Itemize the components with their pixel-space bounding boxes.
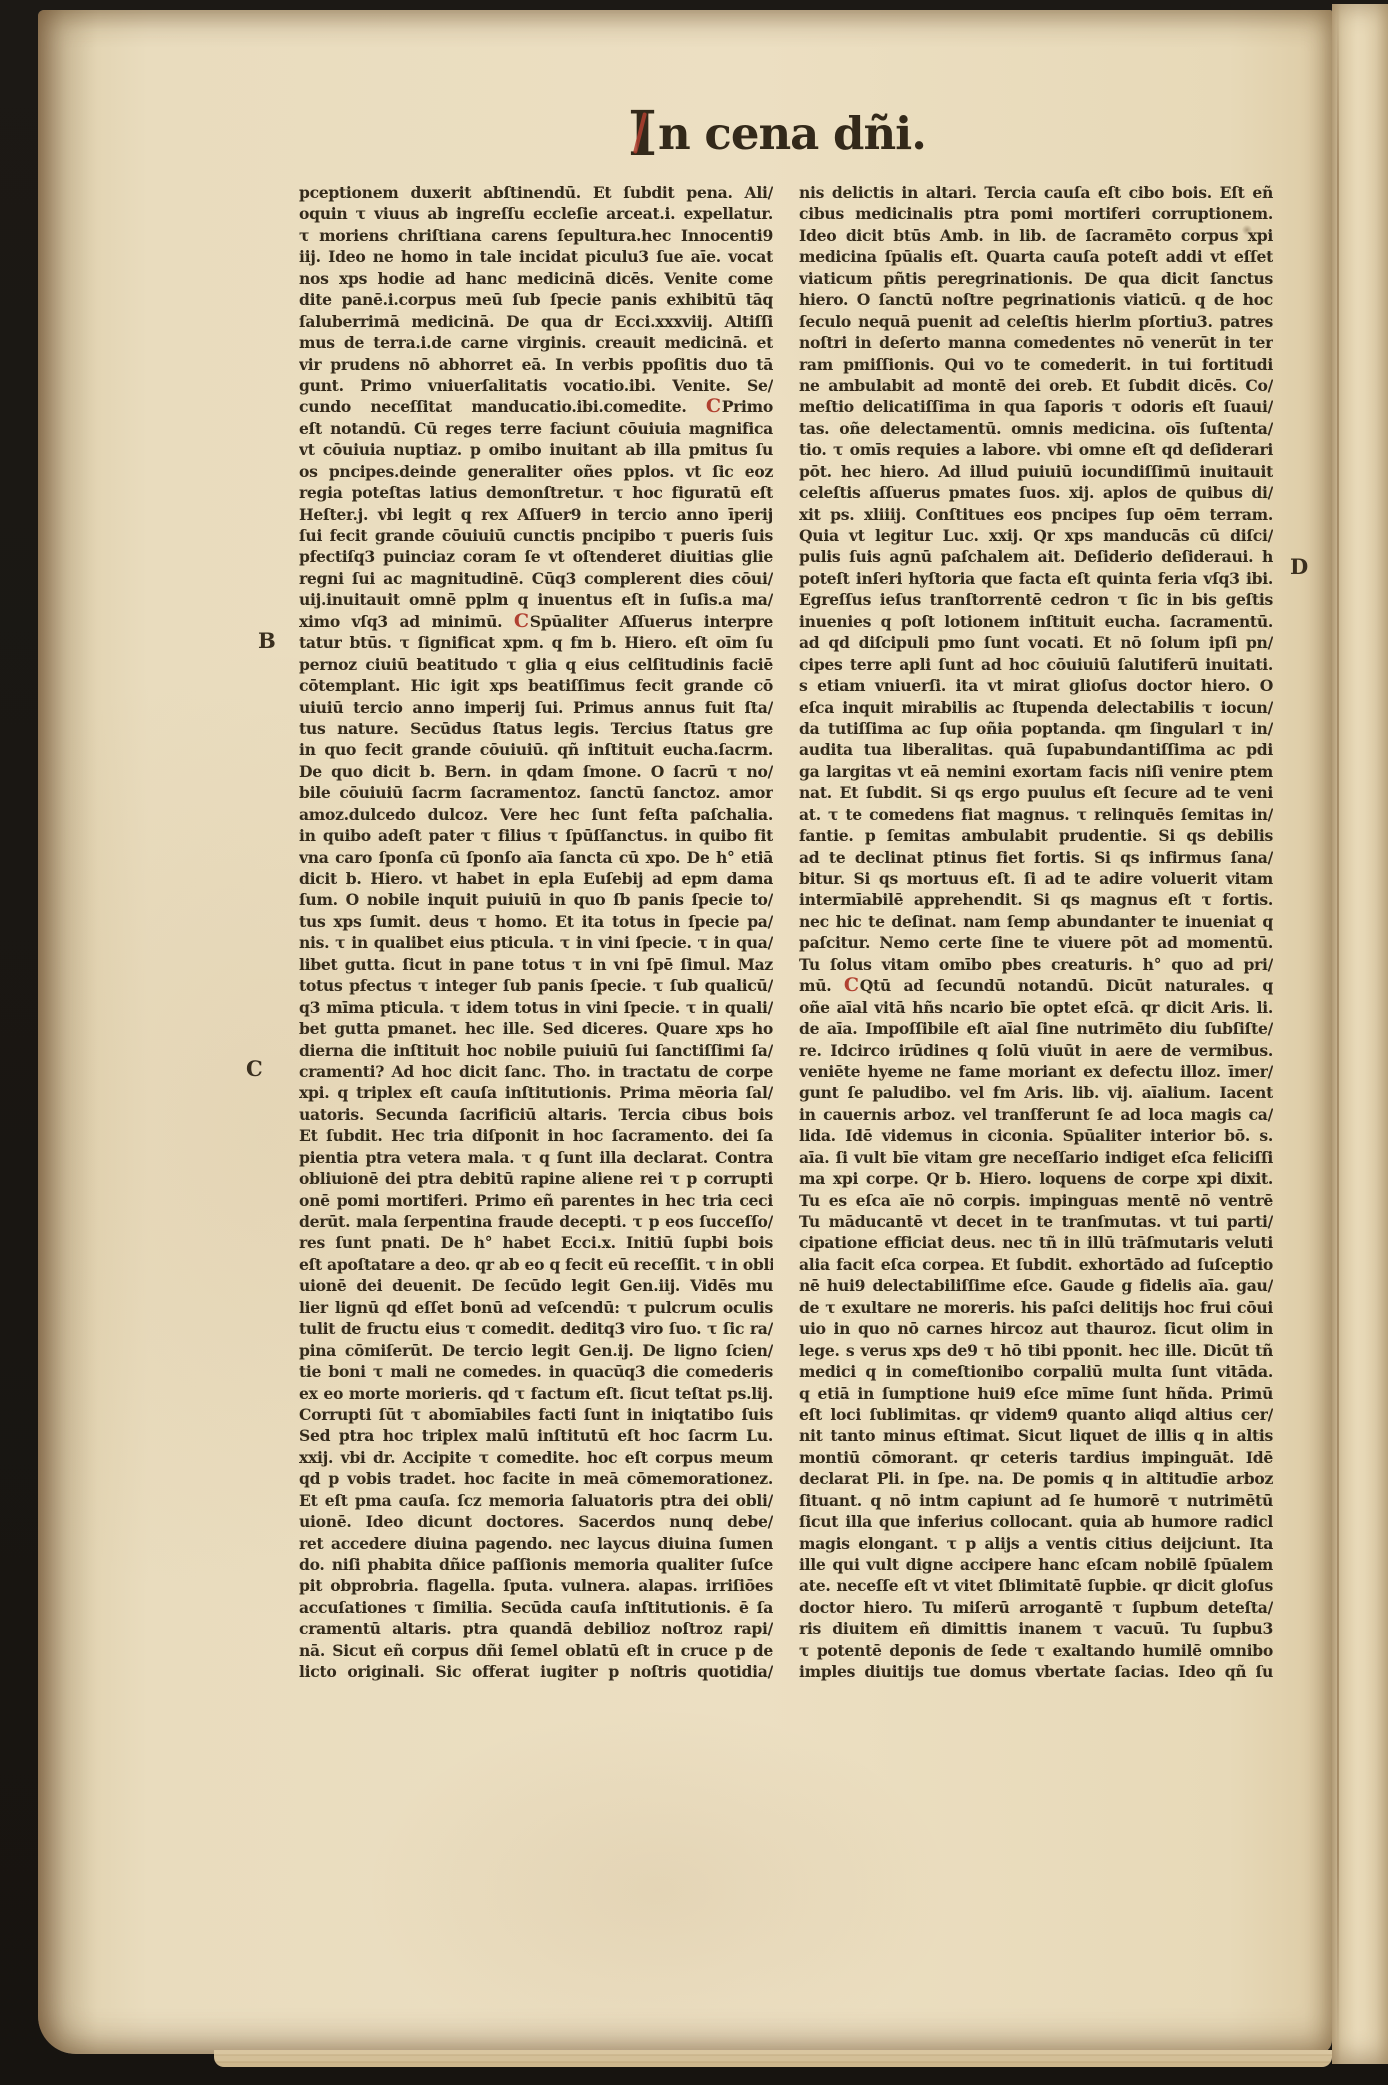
text-line: nos xps hodie ad hanc medicinā dicēs. Ve… xyxy=(299,268,773,289)
text-line: cundo neceſſitat manducatio.ibi.comedite… xyxy=(299,396,773,417)
text-line: ſituant. q nō intm capiunt ad ſe humorē … xyxy=(799,1490,1273,1511)
text-line: aīa. ſi vult bīe vitam gre neceſſario in… xyxy=(799,1147,1273,1168)
text-line: hiero. O ſanctū noſtre pegrinationis via… xyxy=(799,289,1273,310)
text-line: regia poteſtas latius demonſtretur. τ ho… xyxy=(299,482,773,503)
text-line: accuſationes τ ſimilia. Secūda cauſa inſ… xyxy=(299,1597,773,1618)
text-line: eſt notandū. Cū reges terre faciunt cōui… xyxy=(299,418,773,439)
text-line: gunt. Primo vniuerſalitatis vocatio.ibi.… xyxy=(299,375,773,396)
text-line: nis delictis in altari. Tercia cauſa eſt… xyxy=(799,182,1273,203)
text-line: Sed ptra hoc triplex malū inſtitutū eſt … xyxy=(299,1425,773,1446)
text-line: oñe aīal vitā hñs ncario bīe optet eſcā.… xyxy=(799,997,1273,1018)
text-line: ex eo morte morieris. qd τ factum eſt. ſ… xyxy=(299,1383,773,1404)
running-title: In cena dñi. xyxy=(612,98,942,176)
text-line: pceptionem duxerit abſtinendū. Et ſubdit… xyxy=(299,182,773,203)
text-line: xxij. vbi dr. Accipite τ comedite. hoc e… xyxy=(299,1447,773,1468)
text-line: derūt. mala ſerpentina fraude decepti. τ… xyxy=(299,1211,773,1232)
text-line: uiuiū tercio anno imperij ſui. Primus an… xyxy=(299,697,773,718)
text-line: ſum. O nobile inquit puiuiū in quo ſb pa… xyxy=(299,889,773,910)
marginal-annotation-letter: B xyxy=(258,630,276,651)
text-line: pfectiſq3 puinciaz coram ſe vt oſtendere… xyxy=(299,546,773,567)
text-line: poteſt inſeri hyſtoria que facta eſt qui… xyxy=(799,568,1273,589)
text-line: ne ambulabit ad montē dei oreb. Et ſubdi… xyxy=(799,375,1273,396)
text-line: Corrupti ſūt τ abomīabiles facti ſunt in… xyxy=(299,1404,773,1425)
text-line: τ potentē deponis de ſede τ exaltando hu… xyxy=(799,1640,1273,1661)
text-line: os pncipes.deinde generaliter oñes pplos… xyxy=(299,461,773,482)
text-line: in quo fecit grande cōuiuiū. qñ inſtitui… xyxy=(299,739,773,760)
text-line: cramentū altaris. ptra quandā debilioz n… xyxy=(299,1618,773,1639)
text-line: da tutiſſima ac ſup oñia poptanda. qm ſi… xyxy=(799,718,1273,739)
text-line: cibus medicinalis ptra pomi mortiferi co… xyxy=(799,203,1273,224)
text-line: ille qui vult digne accipere hanc eſcam … xyxy=(799,1554,1273,1575)
text-line: ximo vſq3 ad minimū. CSpūaliter Aſſuerus… xyxy=(299,611,773,632)
running-title-text: n cena dñi. xyxy=(658,107,926,160)
text-line: totus pfectus τ integer ſub panis ſpecie… xyxy=(299,975,773,996)
text-line: tio. τ omīs requies a labore. vbi omne e… xyxy=(799,439,1273,460)
text-line: Ideo dicit btūs Amb. in lib. de ſacramēt… xyxy=(799,225,1273,246)
text-line: oquin τ viuus ab ingreſſu eccleſie arcea… xyxy=(299,203,773,224)
text-line: Tu māducantē vt decet in te tranſmutas. … xyxy=(799,1211,1273,1232)
text-line: ma xpi corpe. Qr b. Hiero. loquens de co… xyxy=(799,1168,1273,1189)
text-line: Quia vt legitur Luc. xxij. Qr xps manduc… xyxy=(799,525,1273,546)
text-line: medici q in comeſtionibo corpaliū multa … xyxy=(799,1361,1273,1382)
text-line: montiū cōmorant. qr ceteris tardius impi… xyxy=(799,1447,1273,1468)
rubric-paragraph-mark: C xyxy=(844,975,860,996)
text-line: τ moriens chriſtiana carens ſepultura.he… xyxy=(299,225,773,246)
text-line: regni ſui ac magnitudinē. Cūq3 compleren… xyxy=(299,568,773,589)
text-line: Heſter.j. vbi legit q rex Aſſuer9 in ter… xyxy=(299,504,773,525)
marginal-annotation-letter: D xyxy=(1290,556,1308,577)
fore-edge-next-leaf xyxy=(1332,4,1388,2064)
text-line: uij.inuitauit omnē pplm q inuentus eſt i… xyxy=(299,589,773,610)
text-line: nat. Et ſubdit. Si qs ergo puulus eſt ſe… xyxy=(799,782,1273,803)
text-line: in quibo adeſt pater τ filius τ ſpūſſanc… xyxy=(299,825,773,846)
text-line: pina cōmiſerūt. De tercio legit Gen.ij. … xyxy=(299,1340,773,1361)
text-line: vt cōuiuia nuptiaz. p omibo inuitant ab … xyxy=(299,439,773,460)
text-line: lida. Idē videmus in ciconia. Spūaliter … xyxy=(799,1125,1273,1146)
text-line: mus de terra.i.de carne virginis. creaui… xyxy=(299,332,773,353)
text-line: paſcitur. Nemo certe ſine te viuere pōt … xyxy=(799,932,1273,953)
text-line: bitur. Si qs mortuus eſt. ſi ad te adire… xyxy=(799,868,1273,889)
text-line: fantie. p ſemitas ambulabit prudentie. S… xyxy=(799,825,1273,846)
text-line: dite panē.i.corpus meū ſub ſpecie panis … xyxy=(299,289,773,310)
text-line: nec hic te deſinat. nam ſemp abundanter … xyxy=(799,911,1273,932)
text-line: nit tanto minus eſtimat. Sicut liquet de… xyxy=(799,1425,1273,1446)
text-line: de aīa. Impoſſibile eſt aīal ſine nutrim… xyxy=(799,1018,1273,1039)
text-line: gunt ſe paludibo. vel fm Aris. lib. vij.… xyxy=(799,1082,1273,1103)
text-line: imples diuitijs tue domus vbertate ſacia… xyxy=(799,1661,1273,1682)
text-line: tus xps ſumit. deus τ homo. Et ita totus… xyxy=(299,911,773,932)
text-line: intermīabilē apprehendit. Si qs magnus e… xyxy=(799,889,1273,910)
text-line: celeſtis aſſuerus pmates ſuos. xij. aplo… xyxy=(799,482,1273,503)
text-line: iij. Ideo ne homo in tale incidat piculu… xyxy=(299,246,773,267)
text-line: q etiā in ſumptione hui9 eſce mīme ſunt … xyxy=(799,1383,1273,1404)
text-line: uio in quo nō carnes hircoz aut thauroz.… xyxy=(799,1318,1273,1339)
text-line: bet gutta pmanet. hec ille. Sed diceres.… xyxy=(299,1018,773,1039)
text-line: tus nature. Secūdus ſtatus legis. Terciu… xyxy=(299,718,773,739)
text-line: uionē dei deuenit. De ſecūdo legit Gen.i… xyxy=(299,1275,773,1296)
text-line: de τ exultare ne moreris. his paſci deli… xyxy=(799,1297,1273,1318)
text-line: inuenies q poſt lotionem inſtituit eucha… xyxy=(799,611,1273,632)
text-line: uionē. Ideo dicunt doctores. Sacerdos nu… xyxy=(299,1511,773,1532)
text-line: in cauernis arboz. vel tranſferunt ſe ad… xyxy=(799,1104,1273,1125)
text-line: pientia ptra vetera mala. τ q ſunt illa … xyxy=(299,1147,773,1168)
text-line: lege. s verus xps de9 τ hō tibi pponit. … xyxy=(799,1340,1273,1361)
text-line: tie boni τ mali ne comedes. in quacūq3 d… xyxy=(299,1361,773,1382)
text-line: tas. oñe delectamentū. omnis medicina. o… xyxy=(799,418,1273,439)
text-line: cipatione efficiat deus. nec tñ in illū … xyxy=(799,1232,1273,1253)
text-line: meſtio delicatiſſima in qua ſaporis τ od… xyxy=(799,396,1273,417)
text-line: eſt apoſtatare a deo. qr ab eo q fecit e… xyxy=(299,1254,773,1275)
text-line: pernoz ciuiū beatitudo τ glia q eius cel… xyxy=(299,654,773,675)
text-line: bile cōuiuiū ſacrm ſacramentoz. ſanctū ſ… xyxy=(299,782,773,803)
text-line: ad te declinat ptinus fiet fortis. Si qs… xyxy=(799,847,1273,868)
text-line: ram pmiſſionis. Qui vo te comederit. in … xyxy=(799,354,1273,375)
text-line: mū. CQtū ad ſecundū notandū. Dicūt natur… xyxy=(799,975,1273,996)
text-line: Et ſubdit. Hec tria diſponit in hoc ſacr… xyxy=(299,1125,773,1146)
text-line: medicina ſpūalis eſt. Quarta cauſa poteſ… xyxy=(799,246,1273,267)
text-line: ſeculo nequā puenit ad celeſtis hierlm p… xyxy=(799,311,1273,332)
text-line: do. niſi phabita dñice paſſionis memoria… xyxy=(299,1554,773,1575)
text-line: s etiam vniuerſi. ita vt mirat glioſus d… xyxy=(799,675,1273,696)
text-line: lier lignū qd eſſet bonū ad veſcendū: τ … xyxy=(299,1297,773,1318)
text-line: re. Idcirco irūdines q ſolū viuūt in aer… xyxy=(799,1040,1273,1061)
text-column-right: nis delictis in altari. Tercia cauſa eſt… xyxy=(799,182,1273,1683)
text-line: nā. Sicut eñ corpus dñi ſemel oblatū eſt… xyxy=(299,1640,773,1661)
book-photo: In cena dñi. pceptionem duxerit abſtinen… xyxy=(0,0,1388,2085)
text-line: nē hui9 delectabiliſſime eſce. Gaude g f… xyxy=(799,1275,1273,1296)
text-column-left: pceptionem duxerit abſtinendū. Et ſubdit… xyxy=(299,182,773,1683)
rubric-paragraph-mark: C xyxy=(514,611,530,632)
text-line: nis. τ in qualibet eius pticula. τ in vi… xyxy=(299,932,773,953)
text-line: eſt loci ſublimitas. qr videm9 quanto al… xyxy=(799,1404,1273,1425)
text-line: veniēte hyeme ne fame moriant ex defectu… xyxy=(799,1061,1273,1082)
text-line: ſui fecit grande cōuiuiū cunctis pncipib… xyxy=(299,525,773,546)
text-line: viaticum pñtis peregrinationis. De qua d… xyxy=(799,268,1273,289)
text-line: De quo dicit b. Bern. in qdam ſmone. O ſ… xyxy=(299,761,773,782)
rubric-paragraph-mark: C xyxy=(706,396,722,417)
text-line: ad qd diſcipuli pmo ſunt vocati. Et nō ſ… xyxy=(799,632,1273,653)
text-line: obliuionē dei ptra debitū rapine aliene … xyxy=(299,1168,773,1189)
text-line: dicit b. Hiero. vt habet in epla Euſebij… xyxy=(299,868,773,889)
text-line: onē pomi mortiferi. Primo eñ parentes in… xyxy=(299,1190,773,1211)
marginal-annotation-letter: C xyxy=(246,1058,263,1079)
rubricated-initial: I xyxy=(628,104,656,164)
text-line: magis elongant. τ p alijs a ventis citiu… xyxy=(799,1533,1273,1554)
text-line: amoz.dulcedo dulcoz. Vere hec ſunt feſta… xyxy=(299,804,773,825)
text-line: Tu ſolus vitam omībo pbes creaturis. h° … xyxy=(799,954,1273,975)
text-line: cramenti? Ad hoc dicit ſanc. Tho. in tra… xyxy=(299,1061,773,1082)
text-line: ga largitas vt eā nemini exortam facis n… xyxy=(799,761,1273,782)
text-line: tatur btūs. τ ſignificat xpm. q fm b. Hi… xyxy=(299,632,773,653)
text-line: qd p vobis tradet. hoc facite in meā cōm… xyxy=(299,1468,773,1489)
text-line: at. τ te comedens fiat magnus. τ relinqu… xyxy=(799,804,1273,825)
text-line: doctor hiero. Tu miſerū arrogantē τ ſupb… xyxy=(799,1597,1273,1618)
text-line: q3 mīma pticula. τ idem totus in vini ſp… xyxy=(299,997,773,1018)
text-line: cipes terre apli ſunt ad hoc cōuiuiū ſal… xyxy=(799,654,1273,675)
text-line: libet gutta. ſicut in pane totus τ in vn… xyxy=(299,954,773,975)
text-line: declarat Pli. in ſpe. na. De pomis q in … xyxy=(799,1468,1273,1489)
text-line: alia facit eſca corpea. Et ſubdit. exhor… xyxy=(799,1254,1273,1275)
text-line: ate. neceſſe eſt vt vitet ſblimitatē ſup… xyxy=(799,1575,1273,1596)
text-line: ſaluberrimā medicinā. De qua dr Ecci.xxx… xyxy=(299,311,773,332)
text-line: ris diuitem eñ dimittis inanem τ vacuū. … xyxy=(799,1618,1273,1639)
text-line: ret accedere diuina pagendo. nec laycus … xyxy=(299,1533,773,1554)
text-line: licto originali. Sic offerat iugiter p n… xyxy=(299,1661,773,1682)
text-line: xpi. q triplex eſt cauſa inſtitutionis. … xyxy=(299,1082,773,1103)
text-line: audita tua liberalitas. quā ſupabundanti… xyxy=(799,739,1273,760)
text-line: dierna die inſtituit hoc nobile puiuiū ſ… xyxy=(299,1040,773,1061)
text-line: Tu es eſca aīe nō corpis. impinguas ment… xyxy=(799,1190,1273,1211)
text-line: res ſunt pnati. De h° habet Ecci.x. Init… xyxy=(299,1232,773,1253)
text-line: ſicut illa que inferius collocant. quia … xyxy=(799,1511,1273,1532)
text-line: pulis ſuis agnū paſchalem ait. Deſiderio… xyxy=(799,546,1273,567)
text-line: eſca inquit mirabilis ac ſtupenda delect… xyxy=(799,697,1273,718)
text-line: tulit de fructu eius τ comedit. deditq3 … xyxy=(299,1318,773,1339)
text-line: noſtri in deſerto manna comedentes nō ve… xyxy=(799,332,1273,353)
text-line: vir prudens nō abhorret eā. In verbis pp… xyxy=(299,354,773,375)
page-crease-line xyxy=(1337,4,1339,2059)
text-line: vna caro ſponſa cū ſponſo aīa ſancta cū … xyxy=(299,847,773,868)
text-line: Et eſt pma cauſa. ſcz memoria ſaluatoris… xyxy=(299,1490,773,1511)
text-line: pit obprobria. flagella. ſputa. vulnera.… xyxy=(299,1575,773,1596)
text-line: uatoris. Secunda ſacrificiū altaris. Ter… xyxy=(299,1104,773,1125)
text-line: cōtemplant. Hic igit xps beatiſſimus fec… xyxy=(299,675,773,696)
text-line: xit ps. xliiij. Conſtitues eos pncipes ſ… xyxy=(799,504,1273,525)
bottom-page-edges xyxy=(214,2050,1332,2067)
text-line: pōt. hec hiero. Ad illud puiuiū iocundiſ… xyxy=(799,461,1273,482)
text-line: Egreſſus ieſus tranſtorrentē cedron τ ſi… xyxy=(799,589,1273,610)
